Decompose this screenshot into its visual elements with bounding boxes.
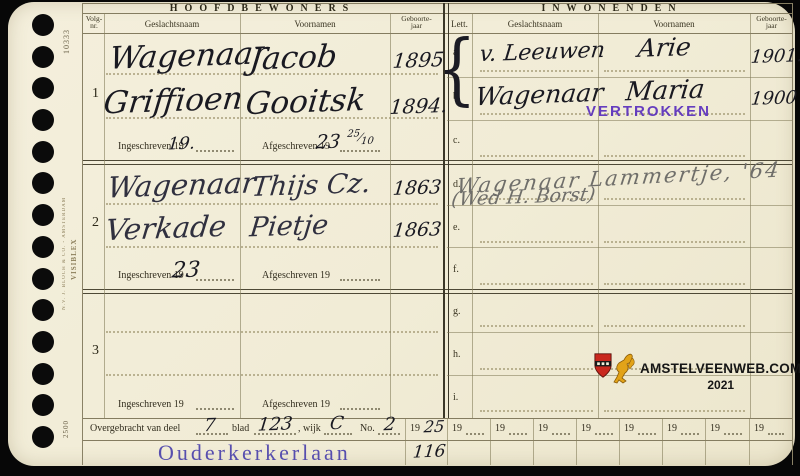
handwritten-firstnames: Arie: [636, 32, 692, 63]
binder-hole: [32, 236, 54, 258]
binder-hole: [32, 394, 54, 416]
brand-name: VISIBLEX: [70, 160, 78, 280]
grid-line: [82, 3, 83, 465]
section-title-inwonenden: INWONENDEN: [447, 3, 777, 14]
dotted-leader: [340, 408, 380, 410]
writing-guide: [480, 113, 593, 115]
dotted-leader: [552, 433, 570, 435]
dotted-leader: [196, 279, 234, 281]
writing-guide: [604, 198, 745, 200]
row-letter: h.: [453, 349, 461, 360]
binder-hole: [32, 299, 54, 321]
handwritten-firstnames: Pietje: [248, 210, 330, 244]
row-letter: g.: [453, 306, 461, 317]
binder-hole: [32, 46, 54, 68]
dotted-leader: [196, 150, 234, 152]
handwritten-year: 1900: [750, 87, 798, 110]
handwritten-deel: 7: [203, 415, 217, 436]
col-header-firstnames-left: Voornamen: [240, 19, 390, 29]
grid-line: [749, 418, 750, 465]
handwritten-ingeschreven-year: 23: [171, 258, 202, 284]
serial-number-bottom: 2500: [62, 398, 70, 438]
grid-line: [705, 418, 706, 465]
lion-icon: [610, 352, 636, 386]
writing-guide: [604, 325, 745, 327]
handwritten-firstnames: Gooitsk: [244, 82, 367, 122]
writing-guide: [604, 283, 745, 285]
dotted-leader: [595, 433, 613, 435]
vertrokken-stamp: VERTROKKEN: [586, 103, 711, 120]
handwritten-no: 2: [383, 414, 397, 435]
writing-guide: [604, 70, 745, 72]
watermark-logo: AMSTELVEENWEB.COM 2021: [594, 352, 800, 392]
writing-guide: [106, 203, 438, 205]
handwritten-brace: {: [437, 30, 476, 108]
block-number-3: 3: [92, 343, 99, 359]
street-stamp: Ouderkerkerlaan: [158, 440, 351, 466]
handwritten-surname: v. Leeuwen: [478, 38, 606, 67]
section-title-hoofdbewoners: HOOFDBEWONERS: [82, 3, 443, 14]
afgeschreven-label: Afgeschreven 19: [262, 270, 330, 281]
grid-line: [405, 418, 406, 465]
year-cell-prefix: 19: [410, 423, 420, 434]
handwritten-year: 1863: [392, 176, 443, 200]
handwritten-wijk: C: [329, 413, 345, 434]
writing-guide: [604, 241, 745, 243]
watermark-year: 2021: [640, 378, 800, 392]
year-cell: 19: [581, 423, 591, 434]
grid-line: [447, 418, 448, 465]
writing-guide: [106, 374, 438, 376]
grid-line: [576, 418, 577, 465]
handwritten-house-number: 116: [412, 441, 447, 462]
writing-guide: [480, 283, 593, 285]
writing-guide: [604, 410, 745, 412]
year-cell: 19: [495, 423, 505, 434]
no-label: No.: [360, 423, 375, 434]
writing-guide: [480, 155, 593, 157]
writing-guide: [480, 70, 593, 72]
row-letter: c.: [453, 135, 460, 146]
year-cell: 19: [624, 423, 634, 434]
watermark-site: AMSTELVEENWEB.COM: [640, 361, 800, 376]
dotted-leader: [340, 279, 380, 281]
handwritten-year: 1901.: [750, 45, 800, 68]
afgeschreven-label: Afgeschreven 19: [262, 399, 330, 410]
row-letter: e.: [453, 222, 460, 233]
handwritten-firstnames: Jacob: [248, 38, 339, 77]
handwritten-surname: Griffioen: [102, 81, 245, 122]
binder-hole: [32, 204, 54, 226]
row-letter: i.: [453, 392, 458, 403]
handwritten-year: 1863: [392, 218, 443, 242]
dotted-leader: [196, 408, 234, 410]
block-separator: [82, 289, 793, 294]
brand-manufacturer: N.V. J. BLOCH & CO. - AMSTERDAM: [62, 140, 67, 310]
writing-guide: [106, 331, 438, 333]
dotted-leader: [509, 433, 527, 435]
writing-guide: [480, 325, 593, 327]
writing-guide: [480, 241, 593, 243]
grid-line: [662, 418, 663, 465]
year-cell: 19: [538, 423, 548, 434]
binder-hole: [32, 363, 54, 385]
binder-hole: [32, 268, 54, 290]
row-letter: f.: [453, 264, 459, 275]
binder-hole: [32, 172, 54, 194]
grid-line: [490, 418, 491, 465]
binder-hole: [32, 426, 54, 448]
writing-guide: [604, 155, 745, 157]
writing-guide: [106, 246, 438, 248]
binder-hole: [32, 109, 54, 131]
handwritten-surname: Wagenaar: [108, 35, 270, 76]
serial-number-top: 10333: [62, 8, 71, 54]
register-card-scan: 10333 VISIBLEX N.V. J. BLOCH & CO. - AMS…: [0, 0, 800, 476]
col-header-firstnames-right: Voornamen: [598, 19, 750, 29]
handwritten-blad: 123: [257, 413, 294, 435]
handwritten-afgeschreven-year: 23: [315, 131, 342, 154]
handwritten-year-25: 25: [423, 417, 445, 437]
grid-line: [533, 418, 534, 465]
handwritten-firstnames: Thijs Cz.: [250, 168, 372, 203]
handwritten-surname: Wagenaar: [106, 165, 258, 204]
writing-guide: [480, 368, 593, 370]
ingeschreven-label: Ingeschreven 19: [118, 399, 184, 410]
writing-guide: [480, 410, 593, 412]
row-line: [447, 332, 792, 333]
grid-line: [792, 3, 793, 465]
binder-hole: [32, 14, 54, 36]
dotted-leader: [340, 150, 380, 152]
binder-hole: [32, 141, 54, 163]
col-header-surname-left: Geslachtsnaam: [104, 19, 240, 29]
row-line: [447, 120, 792, 121]
overgebracht-label: Overgebracht van deel: [90, 423, 180, 434]
binder-hole: [32, 331, 54, 353]
binder-hole: [32, 77, 54, 99]
dotted-leader: [768, 433, 784, 435]
row-line: [447, 77, 792, 78]
dotted-leader: [724, 433, 742, 435]
handwritten-ingeschreven-year: 19.: [167, 134, 196, 155]
dotted-leader: [466, 433, 484, 435]
blad-label: blad: [232, 423, 249, 434]
dotted-leader: [638, 433, 656, 435]
block-number-1: 1: [92, 86, 99, 102]
col-header-surname-right: Geslachtsnaam: [472, 19, 598, 29]
block-number-2: 2: [92, 215, 99, 231]
grid-line: [104, 13, 105, 418]
year-cell: 19: [754, 423, 764, 434]
handwritten-afgeschreven-date: 25⁄10: [346, 126, 376, 148]
year-cell: 19: [667, 423, 677, 434]
dotted-leader: [681, 433, 699, 435]
handwritten-surname: Verkade: [104, 209, 228, 247]
grid-line: [619, 418, 620, 465]
year-cell: 19: [710, 423, 720, 434]
row-line: [447, 247, 792, 248]
year-cell: 19: [452, 423, 462, 434]
wijk-label: , wijk: [298, 423, 321, 434]
